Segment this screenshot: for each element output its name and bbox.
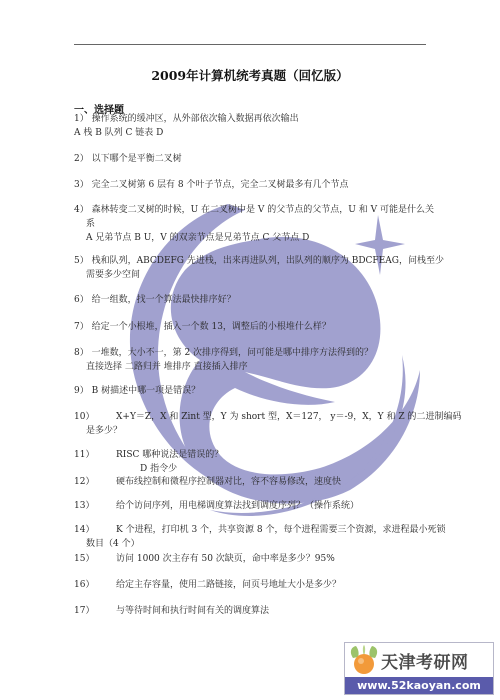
question-10: 10）X+Y＝Z，X 和 Zint 型，Y 为 short 型，X＝127， y… [74, 410, 461, 438]
question-13: 13）给个访问序列，用电梯调度算法找到调度序列？（操作系统） [74, 499, 359, 513]
question-6: 6） 给一组数，找一个算法最快排序好？ [74, 293, 236, 307]
question-2: 2） 以下哪个是平衡二叉树 [74, 152, 182, 166]
fruit-logo-icon [347, 644, 381, 676]
header-rule [74, 44, 426, 45]
logo-url[interactable]: www.52kaoyan.com [345, 677, 493, 694]
question-8: 8） 一堆数，大小不一，第 2 次排序得到，问可能是哪中排序方法得到的？ 直接选… [74, 346, 373, 374]
question-9: 9） B 树描述中哪一项是错误？ [74, 384, 200, 398]
question-7: 7） 给定一个小根堆，插入一个数 13，调整后的小根堆什么样？ [74, 320, 331, 334]
question-14: 14）K 个进程，打印机 3 个，共享资源 8 个，每个进程需要三个资源，求进程… [74, 523, 445, 551]
logo-banner: 天津考研网 [345, 643, 493, 676]
site-logo[interactable]: 天津考研网 www.52kaoyan.com [344, 642, 494, 695]
question-1: 1） 操作系统的缓冲区，从外部依次输入数据再依次输出 A 栈 B 队列 C 链表… [74, 112, 299, 140]
question-17: 17）与等待时间和执行时间有关的调度算法 [74, 604, 269, 618]
document-page: 2009年计算机统考真题（回忆版） 一、选择题 1） 操作系统的缓冲区，从外部依… [0, 0, 500, 700]
question-12: 12）硬布线控制和微程序控制器对比，容不容易修改，速度快 [74, 475, 341, 489]
question-4: 4） 森林转变二叉树的时候，U 在二叉树中是 V 的父节点的父节点，U 和 V … [74, 203, 434, 245]
question-15: 15）访问 1000 次主存有 50 次缺页，命中率是多少？95% [74, 552, 335, 566]
question-16: 16）给定主存容量，使用二路链接，问页号地址大小是多少？ [74, 578, 341, 592]
document-title: 2009年计算机统考真题（回忆版） [0, 66, 500, 84]
question-5: 5） 栈和队列，ABCDEFG 先进栈，出来再进队列，出队列的顺序为 BDCFE… [74, 254, 444, 282]
logo-site-name: 天津考研网 [381, 648, 469, 673]
question-3: 3） 完全二叉树第 6 层有 8 个叶子节点，完全二叉树最多有几个节点 [74, 178, 349, 192]
question-11: 11）RISC 哪种说法是错误的？ D 指令少 [74, 448, 223, 476]
